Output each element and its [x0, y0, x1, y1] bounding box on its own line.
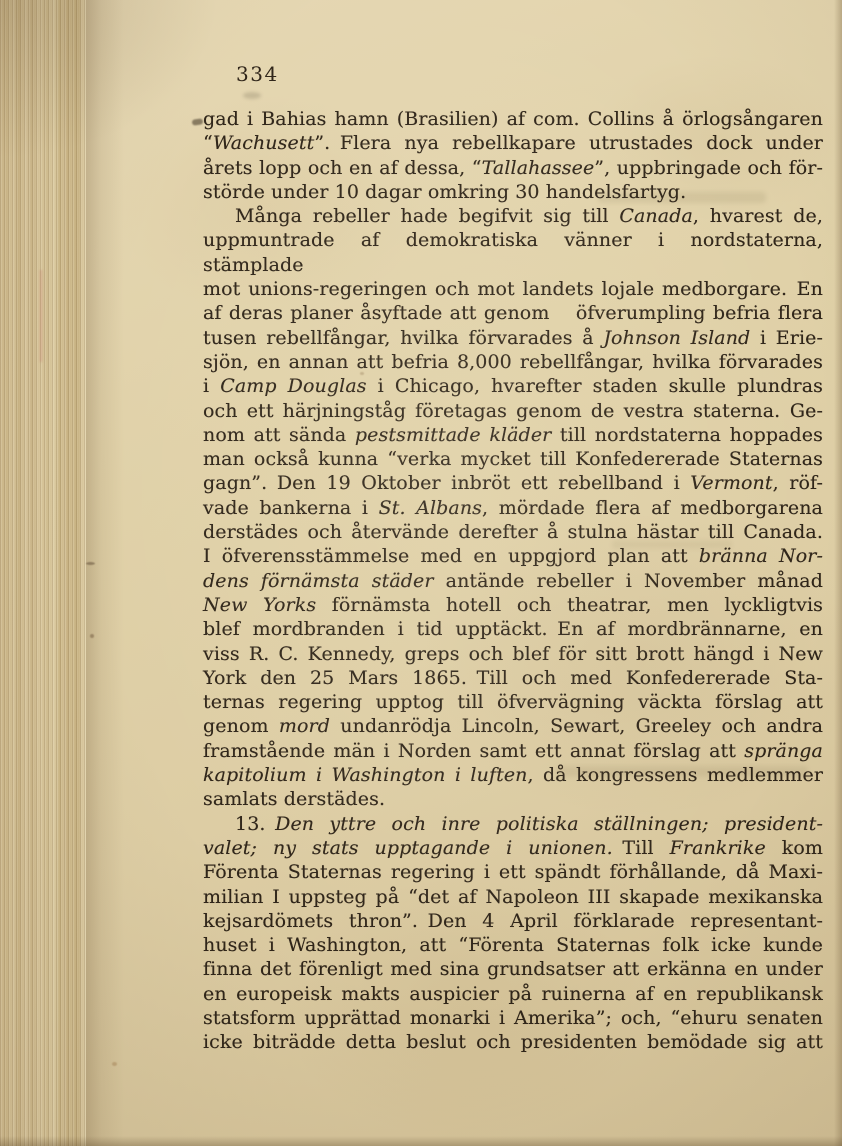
text-run: antände rebeller i November månad — [434, 570, 823, 592]
text-line: uppmuntrade af demokratiska vänner i nor… — [203, 228, 823, 277]
text-line: New Yorks förnämsta hotell och theatrar,… — [203, 593, 823, 617]
page-number: 334 — [236, 62, 279, 86]
text-run: af deras planer åsyftade att genom öfver… — [203, 302, 823, 324]
text-line: framstående män i Norden samt ett annat … — [203, 739, 823, 763]
text-line: gagn”. Den 19 Oktober inbröt ett rebellb… — [203, 471, 823, 495]
text-run: Till — [613, 837, 670, 859]
text-line: icke biträdde detta beslut och president… — [203, 1030, 823, 1054]
text-run-italic: dens förnämsta städer — [203, 570, 434, 592]
text-run: ”, uppbringade och för- — [594, 157, 823, 179]
text-run-italic: valet; ny stats upptagande i unionen. — [203, 837, 613, 859]
text-run: ”. Flera nya rebellkapare utrustades doc… — [314, 132, 823, 154]
text-run: i Erie- — [750, 327, 823, 349]
text-run: sjön, en annan att befria 8,000 rebellfå… — [203, 351, 823, 373]
bottom-edge-shadow — [0, 1136, 842, 1146]
text-line: valet; ny stats upptagande i unionen. Ti… — [203, 836, 823, 860]
text-run: Förenta Staternas regering i ett spändt … — [203, 861, 823, 883]
text-line: sjön, en annan att befria 8,000 rebellfå… — [203, 350, 823, 374]
paper-streak — [40, 270, 42, 362]
text-line: och ett härjningståg företagas genom de … — [203, 399, 823, 423]
text-line: derstädes och återvände derefter å stuln… — [203, 520, 823, 544]
text-run-italic: Canada — [619, 205, 693, 227]
text-run: viss R. C. Kennedy, greps och blef för s… — [203, 643, 823, 665]
text-run: samlats derstädes. — [203, 788, 385, 810]
text-line: statsform upprättad monarki i Amerika”; … — [203, 1006, 823, 1030]
text-run-italic: St. Albans — [379, 497, 482, 519]
text-run: statsform upprättad monarki i Amerika”; … — [203, 1007, 823, 1029]
text-line: “Wachusett”. Flera nya rebellkapare utru… — [203, 131, 823, 155]
text-run: framstående män i Norden samt ett annat … — [203, 740, 744, 762]
text-line: samlats derstädes. — [203, 787, 823, 811]
corner-shade — [0, 0, 220, 160]
text-run: York den 25 Mars 1865. Till och med Konf… — [203, 667, 823, 689]
text-line: ternas regering upptog till öfvervägning… — [203, 690, 823, 714]
text-run-italic: mord — [279, 715, 330, 737]
text-line: I öfverensstämmelse med en uppgjord plan… — [203, 544, 823, 568]
text-run: i — [203, 375, 220, 397]
text-run: undanrödja Lincoln, Sewart, Greeley och … — [330, 715, 823, 737]
text-run: nom att sända — [203, 424, 355, 446]
text-run: årets lopp och en af dessa, “ — [203, 157, 482, 179]
text-run-italic: Frankrike — [670, 837, 766, 859]
text-line: i Camp Douglas i Chicago, hvarefter stad… — [203, 374, 823, 398]
text-line: årets lopp och en af dessa, “Tallahassee… — [203, 156, 823, 180]
page-text: gad i Bahias hamn (Brasilien) af com. Co… — [203, 107, 823, 1055]
text-line: tusen rebellfångar, hvilka förvarades å … — [203, 326, 823, 350]
text-run: gagn”. Den 19 Oktober inbröt ett rebellb… — [203, 472, 690, 494]
text-run-italic: Den yttre och inre politiska ställningen… — [275, 813, 823, 835]
text-run: vade bankerna i — [203, 497, 379, 519]
text-run: finna det förenligt med sina grundsatser… — [203, 958, 823, 980]
text-run-italic: bränna Nor- — [699, 545, 823, 567]
text-run: 13. — [235, 813, 275, 835]
paper-speck — [90, 634, 94, 638]
text-line: mot unions-regeringen och mot landets lo… — [203, 277, 823, 301]
text-line: 13. Den yttre och inre politiska ställni… — [203, 812, 823, 836]
text-run-italic: Vermont — [690, 472, 772, 494]
text-run: icke biträdde detta beslut och president… — [203, 1031, 823, 1053]
text-line: man också kunna “verka mycket till Konfe… — [203, 447, 823, 471]
text-line: nom att sända pestsmittade kläder till n… — [203, 423, 823, 447]
paper-speck — [112, 1062, 117, 1066]
text-run: kom — [766, 837, 823, 859]
book-page-edges — [0, 0, 86, 1146]
text-run-italic: New Yorks — [203, 594, 316, 616]
text-line: dens förnämsta städer antände rebeller i… — [203, 569, 823, 593]
text-run: milian I uppsteg på “det af Napoleon III… — [203, 886, 823, 908]
text-line: genom mord undanrödja Lincoln, Sewart, G… — [203, 714, 823, 738]
text-run: tusen rebellfångar, hvilka förvarades å — [203, 327, 603, 349]
text-run-italic: kapitolium i Washington i luften — [203, 764, 528, 786]
text-run: uppmuntrade af demokratiska vänner i nor… — [203, 229, 823, 275]
text-line: York den 25 Mars 1865. Till och med Konf… — [203, 666, 823, 690]
text-run: störde under 10 dagar omkring 30 handels… — [203, 181, 686, 203]
gutter-crease — [86, 0, 124, 1146]
text-run-italic: Camp Douglas — [220, 375, 366, 397]
text-run: till nordstaterna hoppades — [551, 424, 823, 446]
text-line: af deras planer åsyftade att genom öfver… — [203, 301, 823, 325]
text-run: mot unions-regeringen och mot landets lo… — [203, 278, 823, 300]
text-run: genom — [203, 715, 279, 737]
text-line: milian I uppsteg på “det af Napoleon III… — [203, 885, 823, 909]
text-run: derstädes och återvände derefter å stuln… — [203, 521, 823, 543]
text-run: kejsardömets thron”. Den 4 April förklar… — [203, 910, 823, 932]
text-run: man också kunna “verka mycket till Konfe… — [203, 448, 823, 470]
book-page-scan: 334 gad i Bahias hamn (Brasilien) af com… — [0, 0, 842, 1146]
text-run: , röf- — [773, 472, 823, 494]
text-line: en europeisk makts auspicier på ruinerna… — [203, 982, 823, 1006]
text-run: “ — [203, 132, 213, 154]
text-line: huset i Washington, att “Förenta Statern… — [203, 933, 823, 957]
text-run: förnämsta hotell och theatrar, men lyckl… — [316, 594, 823, 616]
text-run-italic: Wachusett — [213, 132, 315, 154]
text-run: , då kongressens medlemmer — [528, 764, 824, 786]
text-run-italic: spränga — [744, 740, 823, 762]
text-line: vade bankerna i St. Albans, mördade fler… — [203, 496, 823, 520]
text-line: störde under 10 dagar omkring 30 handels… — [203, 180, 823, 204]
text-run: , mördade flera af medborgarena — [482, 497, 823, 519]
text-run: gad i Bahias hamn (Brasilien) af com. Co… — [203, 108, 823, 130]
right-edge-shadow — [834, 0, 842, 1146]
text-line: blef mordbranden i tid upptäckt. En af m… — [203, 617, 823, 641]
text-run: I öfverensstämmelse med en uppgjord plan… — [203, 545, 699, 567]
text-run: ternas regering upptog till öfvervägning… — [203, 691, 823, 713]
text-line: gad i Bahias hamn (Brasilien) af com. Co… — [203, 107, 823, 131]
text-line: Förenta Staternas regering i ett spändt … — [203, 860, 823, 884]
text-line: Många rebeller hade begifvit sig till Ca… — [203, 204, 823, 228]
paper-speck — [86, 562, 95, 565]
text-line: kejsardömets thron”. Den 4 April förklar… — [203, 909, 823, 933]
text-run: huset i Washington, att “Förenta Statern… — [203, 934, 823, 956]
text-run: blef mordbranden i tid upptäckt. En af m… — [203, 618, 823, 640]
text-line: kapitolium i Washington i luften, då kon… — [203, 763, 823, 787]
text-run-italic: Tallahassee — [482, 157, 595, 179]
text-line: viss R. C. Kennedy, greps och blef för s… — [203, 642, 823, 666]
text-run: , hvarest de, — [693, 205, 823, 227]
text-run: Många rebeller hade begifvit sig till — [235, 205, 619, 227]
text-run: i Chicago, hvarefter staden skulle plund… — [367, 375, 823, 397]
text-run-italic: Johnson Island — [603, 327, 750, 349]
text-run: och ett härjningståg företagas genom de … — [203, 400, 823, 422]
text-run-italic: pestsmittade kläder — [355, 424, 551, 446]
text-run: en europeisk makts auspicier på ruinerna… — [203, 983, 823, 1005]
text-line: finna det förenligt med sina grundsatser… — [203, 957, 823, 981]
ink-smudge — [243, 92, 261, 99]
